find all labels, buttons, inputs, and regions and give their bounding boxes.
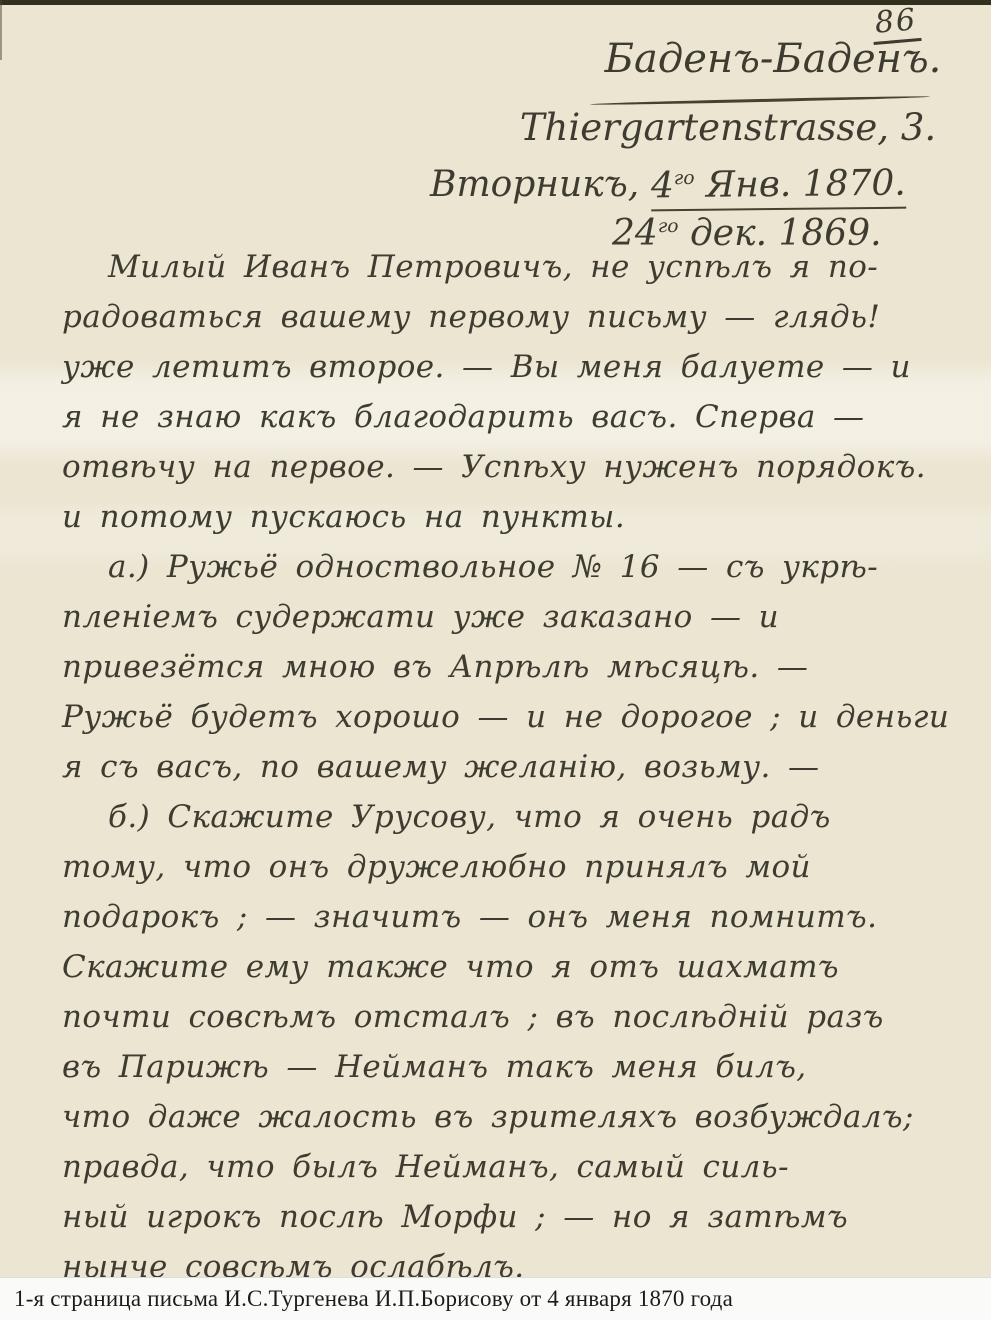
handwriting-line: тому, что онъ дружелюбно принялъ мой — [62, 842, 967, 892]
handwriting-line: Милый Иванъ Петровичъ, не успѣлъ я по- — [62, 242, 967, 292]
date-month-year: Янв. 1870. — [694, 163, 906, 206]
handwriting-line: отвѣчу на первое. — Успѣху нуженъ порядо… — [62, 442, 967, 492]
date-day: 4 — [650, 165, 673, 206]
date-weekday: Вторникъ, — [430, 164, 651, 205]
date-day-suffix: го — [673, 168, 694, 189]
letter-street-address: Thiergartenstrasse, 3. — [488, 106, 968, 149]
handwriting-line: привезётся мною въ Апрѣлѣ мѣсяцѣ. — — [62, 642, 967, 692]
letter-body: Милый Иванъ Петровичъ, не успѣлъ я по-ра… — [62, 242, 967, 1292]
handwriting-line: почти совсѣмъ отсталъ ; въ послѣдній раз… — [62, 992, 967, 1042]
handwriting-line: правда, что былъ Нейманъ, самый силь- — [62, 1142, 967, 1192]
scan-top-edge — [0, 0, 991, 5]
letter-city-heading: Баденъ-Баденъ. — [598, 36, 948, 82]
scanned-letter-page: 86 Баденъ-Баденъ. Thiergartenstrasse, 3.… — [0, 0, 991, 1320]
handwriting-line: Ружьё будетъ хорошо — и не дорогое ; и д… — [62, 692, 967, 742]
handwriting-line: ный игрокъ послѣ Морфи ; — но я затѣмъ — [62, 1192, 967, 1242]
scan-left-edge — [0, 0, 2, 60]
handwriting-line: что даже жалость въ зрителяхъ возбуждалъ… — [62, 1092, 967, 1142]
handwriting-line: радоваться вашему первому письму — глядь… — [62, 292, 967, 342]
handwriting-line: я съ васъ, по вашему желанію, возьму. — — [62, 742, 967, 792]
handwriting-line: а.) Ружьё одноствольное № 16 — съ укрѣ- — [62, 542, 967, 592]
handwriting-line: подарокъ ; — значитъ — онъ меня помнитъ. — [62, 892, 967, 942]
handwriting-line: и потому пускаюсь на пункты. — [62, 492, 967, 542]
letter-date-new-style: Вторникъ, 4го Янв. 1870. — [430, 164, 905, 210]
caption-text: 1-я страница письма И.С.Тургенева И.П.Бо… — [14, 1286, 733, 1312]
handwriting-line: въ Парижѣ — Нейманъ такъ меня билъ, — [62, 1042, 967, 1092]
city-underline-stroke — [590, 95, 930, 106]
handwriting-line: пленіемъ судержати уже заказано — и — [62, 592, 967, 642]
handwriting-line: уже летитъ второе. — Вы меня балуете — и — [62, 342, 967, 392]
handwriting-line: Скажите ему также что я отъ шахматъ — [62, 942, 967, 992]
old-date-day-suffix: го — [658, 216, 679, 237]
date-underlined-part: 4го Янв. 1870. — [650, 163, 905, 212]
handwriting-line: я не знаю какъ благодарить васъ. Сперва … — [62, 392, 967, 442]
handwriting-line: б.) Скажите Урусову, что я очень радъ — [62, 792, 967, 842]
caption-bar: 1-я страница письма И.С.Тургенева И.П.Бо… — [0, 1277, 991, 1320]
